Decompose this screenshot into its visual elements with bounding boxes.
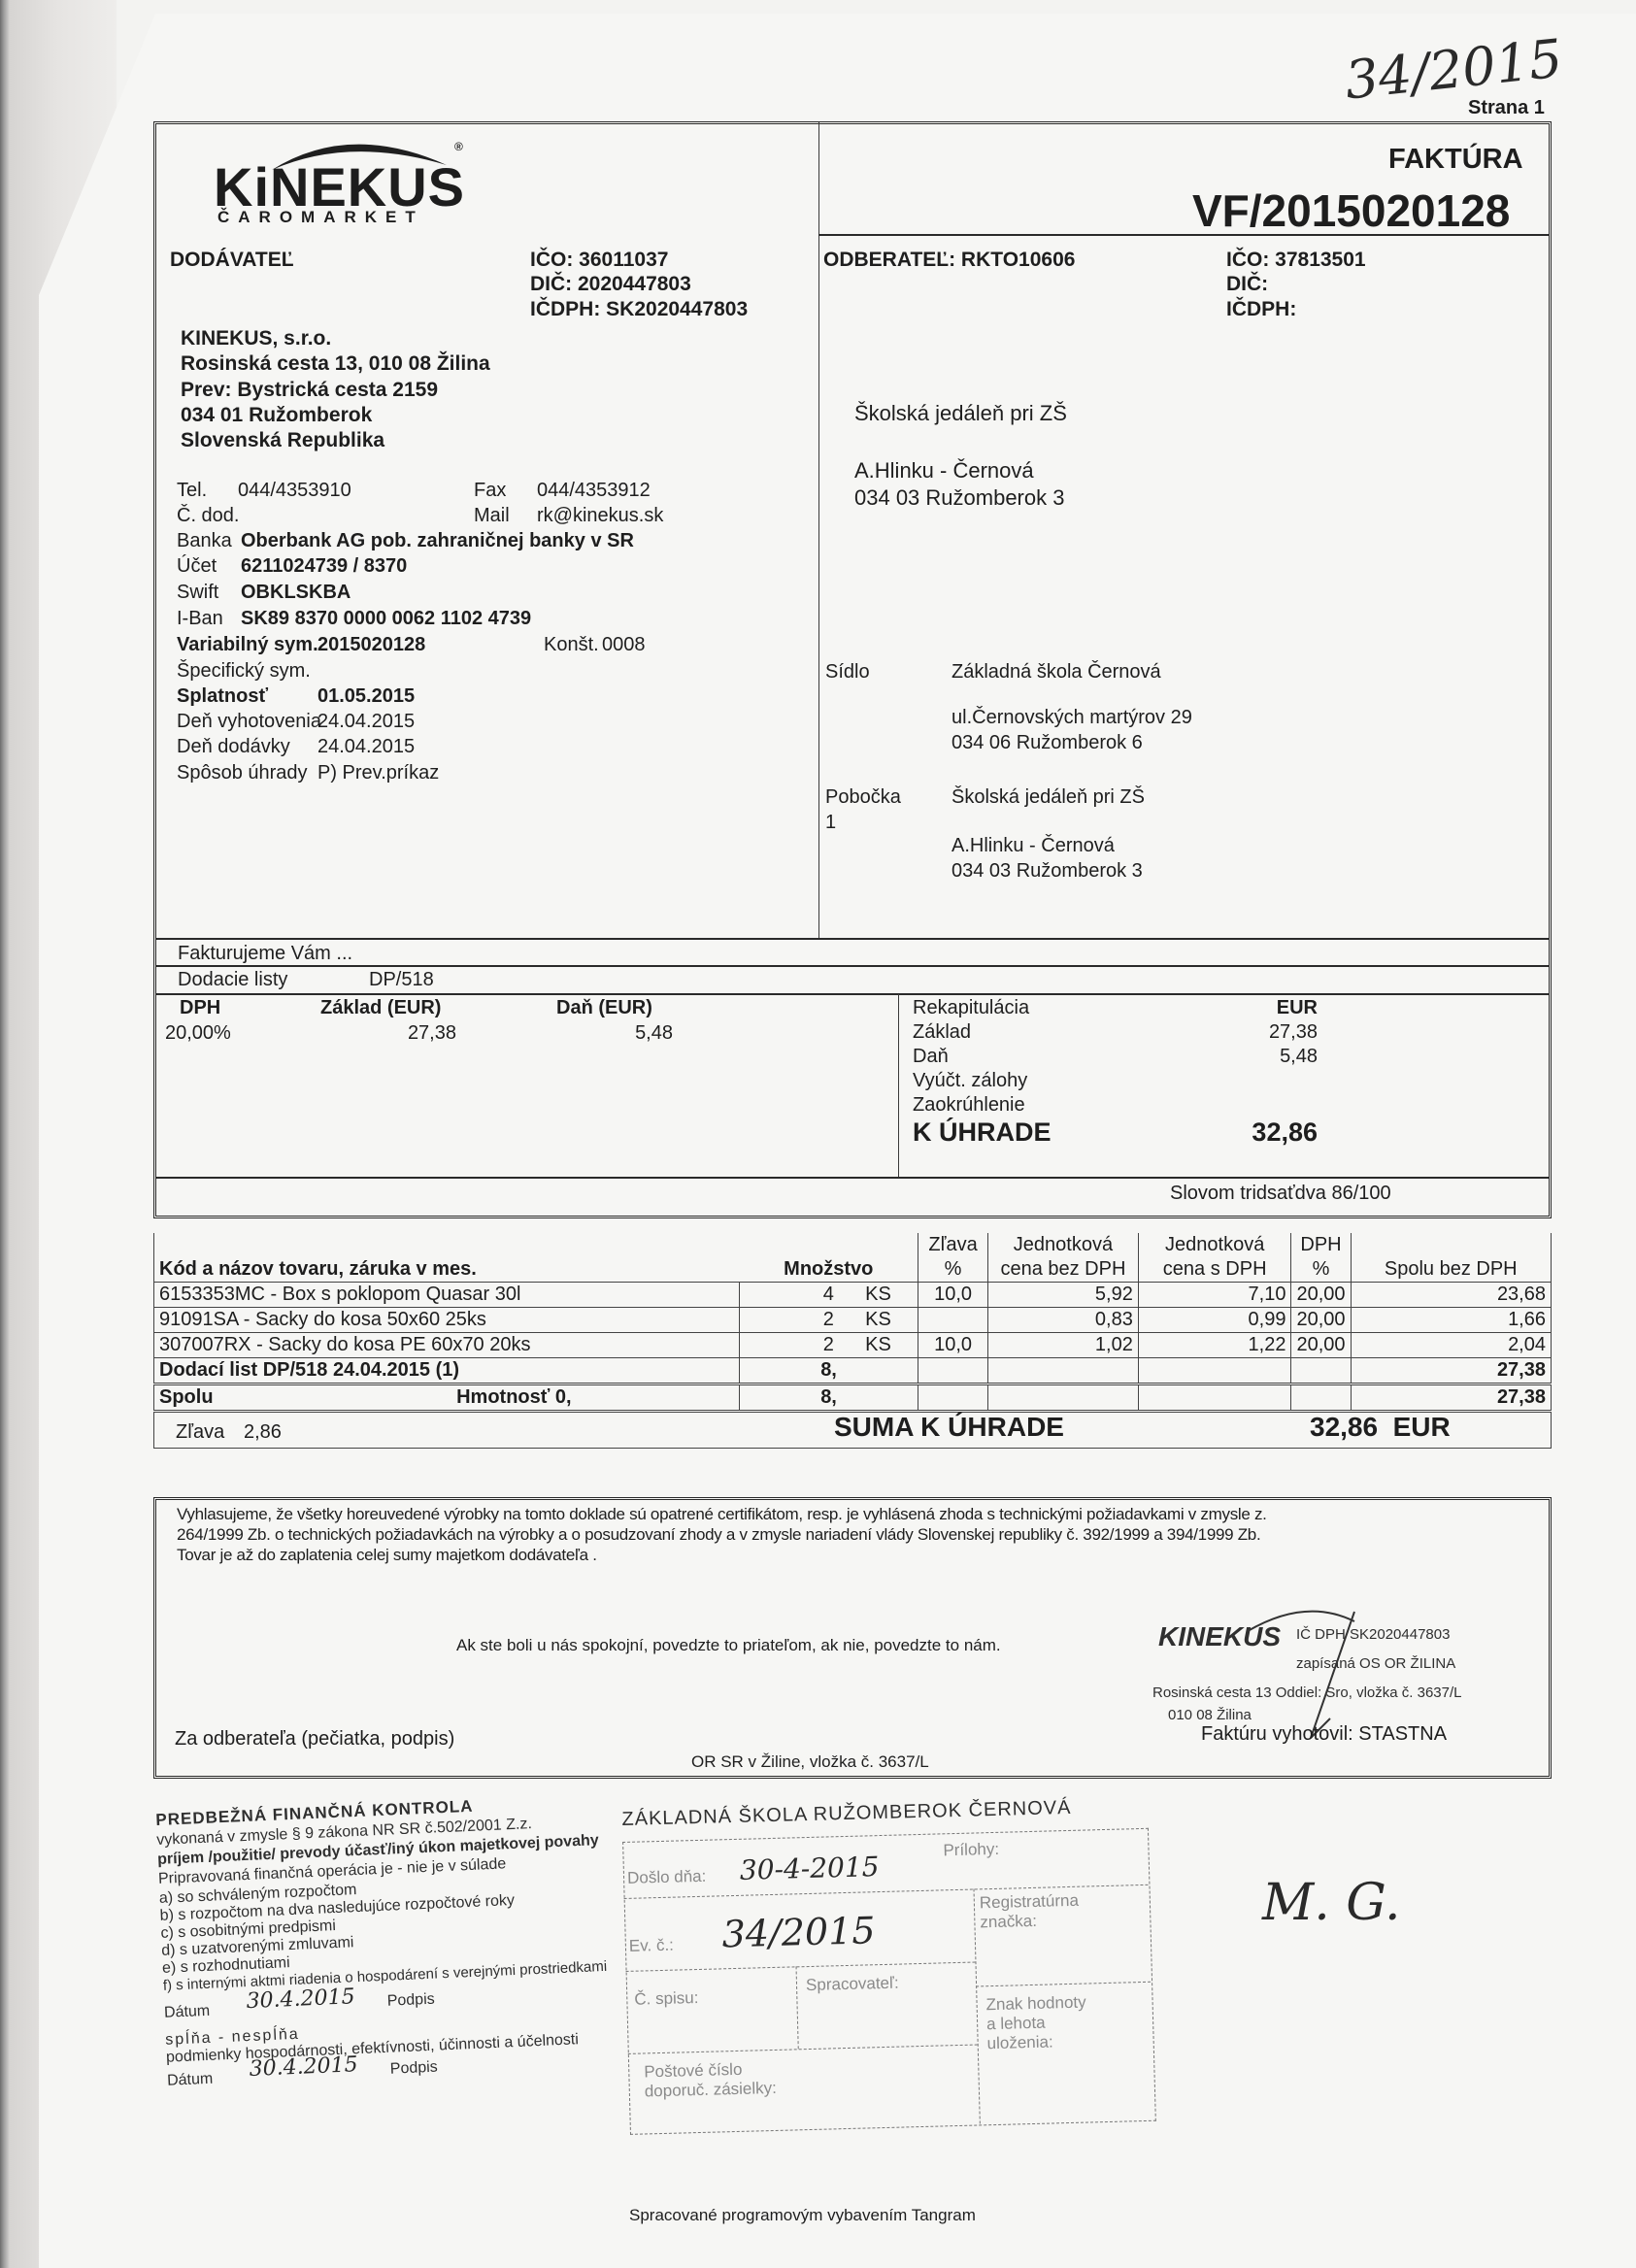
vat-header-rate: DPH: [180, 997, 220, 1019]
recap-currency: EUR: [1165, 997, 1318, 1019]
logo-tagline: ČAROMARKET: [217, 208, 424, 227]
vat-base: 27,38: [320, 1022, 456, 1045]
swift-label: Swift: [177, 582, 218, 604]
supplier-customer-divider: [818, 122, 819, 938]
finance-date-1-value: 30.4.2015: [246, 1984, 355, 2014]
recap-base-label: Základ: [913, 1021, 971, 1044]
retention-label-1: Znak hodnoty: [985, 1993, 1086, 2016]
item-unit-gross: 7,10: [1138, 1283, 1291, 1308]
subtotal-row: Dodací list DP/518 24.04.2015 (1) 8, 27,…: [154, 1358, 1552, 1384]
customer-address-2: 034 03 Ružomberok 3: [854, 485, 1064, 511]
branch-label: Pobočka: [825, 786, 901, 809]
vat-header-tax: Daň (EUR): [556, 997, 652, 1019]
slogan: Ak ste boli u nás spokojní, povedzte to …: [456, 1636, 1001, 1655]
fax-value: 044/4353912: [537, 480, 651, 502]
col-unit-net-2: cena bez DPH: [988, 1257, 1139, 1283]
recap-total-label: K ÚHRADE: [913, 1117, 1052, 1148]
customer-ico: IČO: 37813501: [1226, 249, 1366, 272]
discount-value: 2,86: [244, 1420, 282, 1445]
invoice-intro: Fakturujeme Vám ...: [178, 943, 352, 965]
subtotal-total: 27,38: [1351, 1358, 1551, 1384]
customer-icdph: IČDPH:: [1226, 298, 1296, 321]
seat-address-1: ul.Černovských martýrov 29: [952, 707, 1192, 729]
bank-value: Oberbank AG pob. zahraničnej banky v SR: [241, 530, 634, 552]
item-vat: 20,00: [1291, 1333, 1351, 1358]
col-unit-gross-2: cena s DPH: [1138, 1257, 1291, 1283]
retention-label-3: uloženia:: [986, 2032, 1053, 2053]
item-unit: KS: [839, 1308, 918, 1333]
items-header-row-2: Kód a názov tovaru, záruka v mes. Množst…: [154, 1257, 1552, 1283]
vat-tax: 5,48: [544, 1022, 673, 1045]
recap-title: Rekapitulácia: [913, 997, 1029, 1019]
item-vat: 20,00: [1291, 1283, 1351, 1308]
variable-symbol-label: Variabilný sym.: [177, 634, 318, 656]
col-total-net: Spolu bez DPH: [1351, 1257, 1551, 1283]
col-vat-1: DPH: [1291, 1233, 1351, 1257]
section-divider: [155, 1177, 1550, 1179]
registered-mark: ®: [454, 140, 463, 153]
kinekus-logo: KiNEKUS ® ČAROMARKET: [204, 126, 485, 223]
item-discount: [918, 1308, 988, 1333]
section-divider: [155, 993, 1550, 995]
total-name: Spolu Hmotnosť 0,: [154, 1384, 740, 1412]
branch-address-2: 034 03 Ružomberok 3: [952, 860, 1143, 883]
customer-dic: DIČ:: [1226, 273, 1268, 296]
item-total-net: 23,68: [1351, 1283, 1551, 1308]
account-value: 6211024739 / 8370: [241, 555, 407, 578]
section-divider: [155, 965, 1550, 967]
vat-rate: 20,00%: [165, 1022, 231, 1045]
tel-value: 044/4353910: [238, 480, 351, 502]
business-register: OR SR v Žiline, vložka č. 3637/L: [691, 1752, 929, 1772]
customer-signature-label: Za odberateľa (pečiatka, podpis): [175, 1728, 454, 1751]
item-qty: 2: [739, 1308, 838, 1333]
iban-label: I-Ban: [177, 608, 223, 630]
issue-date-value: 24.04.2015: [317, 711, 415, 733]
item-unit-net: 5,92: [988, 1283, 1139, 1308]
col-qty: Množstvo: [739, 1257, 918, 1283]
col-discount-1: Zľava: [918, 1233, 988, 1257]
delivery-date-value: 24.04.2015: [317, 736, 415, 758]
section-divider: [155, 938, 1550, 940]
specific-symbol-label: Špecifický sym.: [177, 660, 311, 683]
item-unit-gross: 1,22: [1138, 1333, 1291, 1358]
supplier-dic: DIČ: 2020447803: [530, 273, 691, 296]
amount-in-words: Slovom tridsaťdva 86/100: [1170, 1183, 1391, 1205]
item-total-net: 1,66: [1351, 1308, 1551, 1333]
received-label: Došlo dňa:: [627, 1867, 707, 1888]
supplier-address-3: 034 01 Ružomberok: [181, 404, 372, 427]
file-number-label: Č. spisu:: [634, 1988, 699, 2010]
declaration-line-1: Vyhlasujeme, že všetky horeuvedené výrob…: [177, 1505, 1267, 1524]
recap-tax-label: Daň: [913, 1046, 949, 1068]
account-label: Účet: [177, 555, 217, 578]
bank-label: Banka: [177, 530, 232, 552]
table-row: 307007RX - Sacky do kosa PE 60x70 20ks 2…: [154, 1333, 1552, 1358]
recap-tax-value: 5,48: [1165, 1046, 1318, 1068]
item-name: 6153353MC - Box s poklopom Quasar 30l: [154, 1283, 740, 1308]
swift-value: OBKLSKBA: [241, 582, 351, 604]
seat-name: Základná škola Černová: [952, 661, 1161, 684]
items-header-row-1: Zľava Jednotková Jednotková DPH: [154, 1233, 1552, 1257]
subtotal-name: Dodací list DP/518 24.04.2015 (1): [154, 1358, 740, 1384]
constant-symbol-value: 0008: [602, 634, 646, 656]
reg-mark-label-1: Registratúrna: [980, 1891, 1080, 1914]
customer-heading: ODBERATEĽ: RKTO10606: [823, 249, 1075, 272]
items-table: Zľava Jednotková Jednotková DPH Kód a ná…: [153, 1233, 1552, 1449]
item-unit-net: 0,83: [988, 1308, 1139, 1333]
due-date-label: Splatnosť: [177, 685, 268, 708]
supplier-heading: DODÁVATEĽ: [170, 249, 294, 272]
recap-divider: [898, 994, 899, 1177]
total-total: 27,38: [1351, 1384, 1551, 1412]
fax-label: Fax: [474, 480, 506, 502]
supplier-ico: IČO: 36011037: [530, 249, 668, 272]
sum-value: 32,86 EUR: [1310, 1415, 1451, 1439]
subtotal-qty: 8,: [739, 1358, 918, 1384]
table-row: 91091SA - Sacky do kosa 50x60 25ks 2 KS …: [154, 1308, 1552, 1333]
supplier-icdph: IČDPH: SK2020447803: [530, 298, 748, 321]
document-type: FAKTÚRA: [1388, 144, 1523, 176]
customer-address-1: A.Hlinku - Černová: [854, 458, 1034, 484]
item-total-net: 2,04: [1351, 1333, 1551, 1358]
item-vat: 20,00: [1291, 1308, 1351, 1333]
sum-row: Zľava 2,86 SUMA K ÚHRADE 32,86 EUR: [154, 1412, 1552, 1449]
branch-address-1: A.Hlinku - Černová: [952, 835, 1115, 857]
issue-date-label: Deň vyhotovenia: [177, 711, 321, 733]
item-unit: KS: [839, 1333, 918, 1358]
finance-date-2-label: Dátum: [167, 2071, 214, 2090]
declaration-line-2: 264/1999 Zb. o technických požiadavkách …: [177, 1525, 1260, 1545]
seat-label: Sídlo: [825, 661, 870, 684]
supplier-name: KINEKUS, s.r.o.: [181, 327, 331, 350]
recap-rounding-label: Zaokrúhlenie: [913, 1094, 1025, 1117]
customer-name: Školská jedáleň pri ZŠ: [854, 401, 1067, 426]
recap-advance-label: Vyúčt. zálohy: [913, 1070, 1027, 1092]
postal-label-1: Poštové číslo: [644, 2060, 743, 2083]
reg-mark-label-2: značka:: [980, 1912, 1037, 1933]
total-qty: 8,: [739, 1384, 918, 1412]
item-qty: 2: [739, 1333, 838, 1358]
iban-value: SK89 8370 0000 0062 1102 4739: [241, 608, 531, 630]
item-qty: 4: [739, 1283, 838, 1308]
total-label: Spolu: [159, 1386, 214, 1408]
col-vat-2: %: [1291, 1257, 1351, 1283]
mail-label: Mail: [474, 505, 510, 527]
col-name: Kód a názov tovaru, záruka v mes.: [154, 1257, 740, 1283]
mail-link[interactable]: rk@kinekus.sk: [537, 505, 663, 527]
payment-method-value: P) Prev.príkaz: [317, 762, 439, 784]
col-unit-net-1: Jednotková: [988, 1233, 1139, 1257]
branch-number: 1: [825, 812, 836, 834]
item-discount: 10,0: [918, 1283, 988, 1308]
payment-method-label: Spôsob úhrady: [177, 762, 308, 784]
delivery-notes-label: Dodacie listy: [178, 969, 287, 991]
table-row: 6153353MC - Box s poklopom Quasar 30l 4 …: [154, 1283, 1552, 1308]
item-unit-gross: 0,99: [1138, 1308, 1291, 1333]
attachments-label: Prílohy:: [943, 1840, 999, 1861]
discount-label: Zľava: [176, 1420, 224, 1445]
item-name: 307007RX - Sacky do kosa PE 60x70 20ks: [154, 1333, 740, 1358]
registry-stamp-title: ZÁKLADNÁ ŠKOLA RUŽOMBEROK ČERNOVÁ: [621, 1797, 1072, 1831]
finance-control-stamp: PREDBEŽNÁ FINANČNÁ KONTROLA vykonaná v z…: [155, 1790, 635, 2121]
finance-sign-2-label: Podpis: [389, 2059, 438, 2079]
supplier-country: Slovenská Republika: [181, 429, 384, 452]
item-unit-net: 1,02: [988, 1333, 1139, 1358]
received-value: 30-4-2015: [739, 1851, 879, 1886]
branch-name: Školská jedáleň pri ZŠ: [952, 786, 1145, 809]
handler-label: Spracovateľ:: [806, 1974, 899, 1995]
constant-symbol-label: Konšt.: [544, 634, 599, 656]
item-name: 91091SA - Sacky do kosa 50x60 25ks: [154, 1308, 740, 1333]
software-credit: Spracované programovým vybavením Tangram: [629, 2206, 976, 2225]
col-unit-gross-1: Jednotková: [1138, 1233, 1291, 1257]
recap-base-value: 27,38: [1165, 1021, 1318, 1044]
supplier-address-1: Rosinská cesta 13, 010 08 Žilina: [181, 352, 490, 376]
issued-by: Faktúru vyhotovil: STASTNA: [1201, 1723, 1447, 1746]
variable-symbol-value: 2015020128: [317, 634, 425, 656]
postal-label-2: doporuč. zásielky:: [645, 2079, 778, 2102]
seat-address-2: 034 06 Ružomberok 6: [952, 732, 1143, 754]
delivery-notes-value: DP/518: [369, 969, 434, 991]
registry-stamp: ZÁKLADNÁ ŠKOLA RUŽOMBEROK ČERNOVÁ Došlo …: [621, 1787, 1164, 2155]
tel-label: Tel.: [177, 480, 207, 502]
item-discount: 10,0: [918, 1333, 988, 1358]
invoice-number: VF/2015020128: [1192, 184, 1510, 237]
handwritten-signature: M. G.: [1262, 1874, 1401, 1932]
due-date-value: 01.05.2015: [317, 685, 415, 708]
finance-date-1-label: Dátum: [164, 2003, 211, 2022]
ev-number-label: Ev. č.:: [629, 1936, 674, 1956]
retention-label-2: a lehota: [986, 2014, 1046, 2035]
total-row: Spolu Hmotnosť 0, 8, 27,38: [154, 1384, 1552, 1412]
total-weight: Hmotnosť 0,: [456, 1386, 571, 1408]
supplier-address-2: Prev: Bystrická cesta 2159: [181, 379, 438, 402]
ev-number-value: 34/2015: [721, 1909, 876, 1955]
recap-total-value: 32,86: [1165, 1117, 1318, 1148]
page-number: Strana 1: [1468, 97, 1545, 119]
supplier-number-label: Č. dod.: [177, 505, 239, 527]
col-discount-2: %: [918, 1257, 988, 1283]
finance-sign-1-label: Podpis: [386, 1991, 435, 2011]
delivery-date-label: Deň dodávky: [177, 736, 290, 758]
item-unit: KS: [839, 1283, 918, 1308]
declaration-line-3: Tovar je až do zaplatenia celej sumy maj…: [177, 1546, 597, 1565]
sum-label: SUMA K ÚHRADE: [834, 1415, 1064, 1439]
vat-header-base: Základ (EUR): [320, 997, 441, 1019]
finance-date-2-value: 30.4.2015: [249, 2052, 358, 2082]
